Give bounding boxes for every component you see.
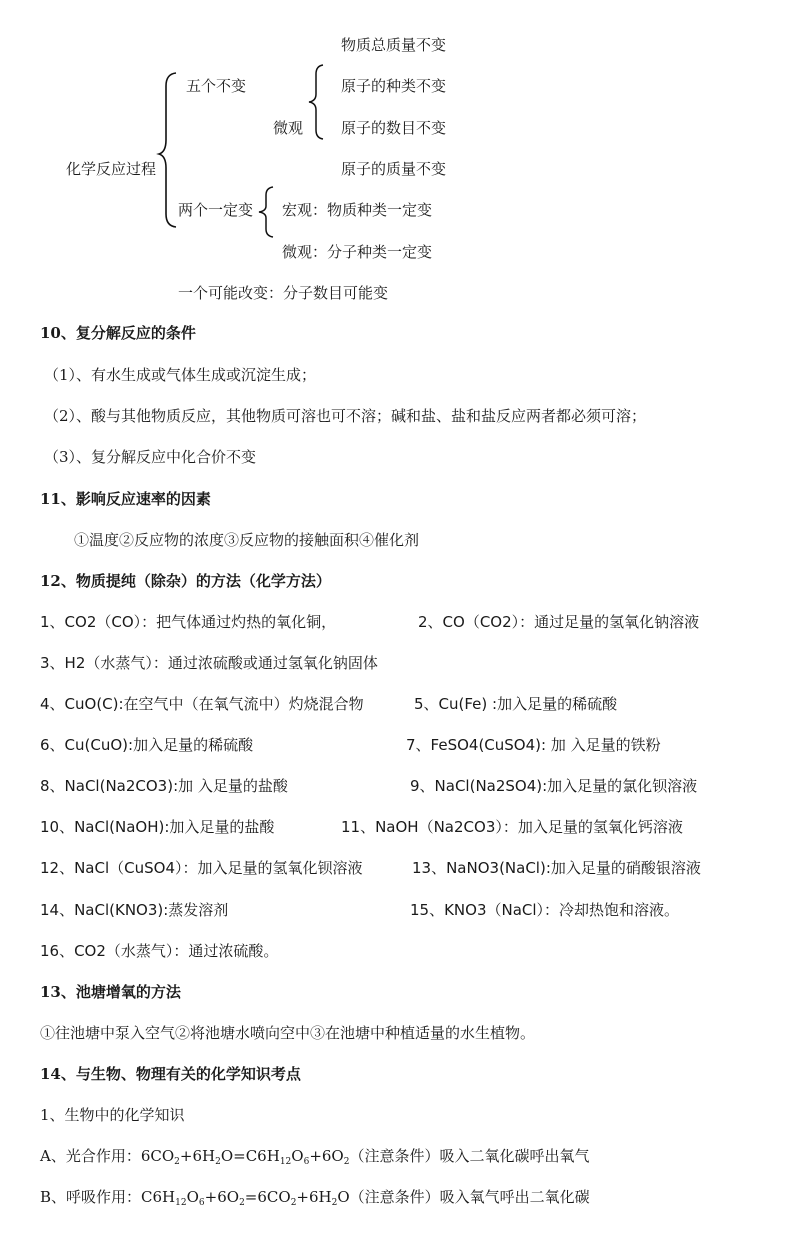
subheading: 1、生物中的化学知识 [40, 1104, 185, 1125]
list-item: （2）、酸与其他物质反应，其他物质可溶也可不溶；碱和盐、盐和盐反应两者都必须可溶… [44, 405, 646, 426]
one-maybe: 一个可能改变：分子数目可能变 [178, 282, 388, 303]
list-item: 14、NaCl(KNO3):蒸发溶剂 [40, 899, 228, 920]
large-brace-icon [158, 72, 178, 228]
micro-item-2: 原子的数目不变 [341, 117, 446, 138]
list-item: 15、KNO3（NaCl）：冷却热饱和溶液。 [410, 899, 679, 920]
equation: 6CO2+6H2O=C6H12O6+6O2 [141, 1147, 350, 1165]
macro-top: 物质总质量不变 [341, 34, 446, 55]
respiration-line: B、呼吸作用：C6H12O6+6O2=6CO2+6H2O（注意条件）吸入氧气呼出… [40, 1186, 590, 1208]
list-item: 3、H2（水蒸气）：通过浓硫酸或通过氢氧化钠固体 [40, 652, 378, 673]
line-note: （注意条件）吸入二氧化碳呼出氧气 [349, 1147, 589, 1165]
line-prefix: A、光合作用： [40, 1147, 141, 1165]
micro-label: 微观 [273, 117, 303, 138]
section-heading: 13、池塘增氧的方法 [40, 981, 181, 1002]
micro-item-1: 原子的种类不变 [341, 75, 446, 96]
list-item: 12、NaCl（CuSO4）：加入足量的氢氧化钡溶液 [40, 857, 363, 878]
section-heading: 14、与生物、物理有关的化学知识考点 [40, 1063, 301, 1084]
section-heading: 11、影响反应速率的因素 [40, 488, 211, 509]
list-item: 7、FeSO4(CuSO4): 加 入足量的铁粉 [406, 734, 661, 755]
list-item: （3）、复分解反应中化合价不变 [44, 446, 256, 467]
equation: C6H12O6+6O2=6CO2+6H2O [141, 1188, 350, 1206]
two-item-2: 微观：分子种类一定变 [282, 241, 432, 262]
micro-item-3: 原子的质量不变 [341, 158, 446, 179]
section-text: ①温度②反应物的浓度③反应物的接触面积④催化剂 [74, 529, 419, 550]
line-note: （注意条件）吸入氧气呼出二氧化碳 [350, 1188, 590, 1206]
list-item: 6、Cu(CuO):加入足量的稀硫酸 [40, 734, 253, 755]
list-item: 5、Cu(Fe) :加入足量的稀硫酸 [414, 693, 617, 714]
micro-brace-icon [308, 64, 324, 140]
line-prefix: B、呼吸作用： [40, 1188, 141, 1206]
photosynthesis-line: A、光合作用：6CO2+6H2O=C6H12O6+6O2（注意条件）吸入二氧化碳… [40, 1145, 589, 1167]
list-item: 2、CO（CO2）：通过足量的氢氧化钠溶液 [418, 611, 699, 632]
root-label: 化学反应过程 [66, 158, 156, 179]
list-item: （1）、有水生成或气体生成或沉淀生成； [44, 364, 316, 385]
list-item: 10、NaCl(NaOH):加入足量的盐酸 [40, 816, 274, 837]
list-item: 16、CO2（水蒸气）：通过浓硫酸。 [40, 940, 278, 961]
list-item: 1、CO2（CO）：把气体通过灼热的氧化铜， [40, 611, 336, 632]
list-item: 8、NaCl(Na2CO3):加 入足量的盐酸 [40, 775, 288, 796]
list-item: 13、NaNO3(NaCl):加入足量的硝酸银溶液 [412, 857, 701, 878]
section-heading: 10、复分解反应的条件 [40, 322, 196, 343]
two-item-1: 宏观：物质种类一定变 [282, 199, 432, 220]
two-changed: 两个一定变 [178, 199, 253, 220]
five-unchanged: 五个不变 [186, 75, 246, 96]
list-item: 9、NaCl(Na2SO4):加入足量的氯化钡溶液 [410, 775, 697, 796]
section-text: ①往池塘中泵入空气②将池塘水喷向空中③在池塘中种植适量的水生植物。 [40, 1022, 535, 1043]
two-brace-icon [258, 186, 274, 238]
section-heading: 12、物质提纯（除杂）的方法（化学方法） [40, 570, 331, 591]
list-item: 4、CuO(C):在空气中（在氧气流中）灼烧混合物 [40, 693, 364, 714]
list-item: 11、NaOH（Na2CO3）：加入足量的氢氧化钙溶液 [341, 816, 683, 837]
